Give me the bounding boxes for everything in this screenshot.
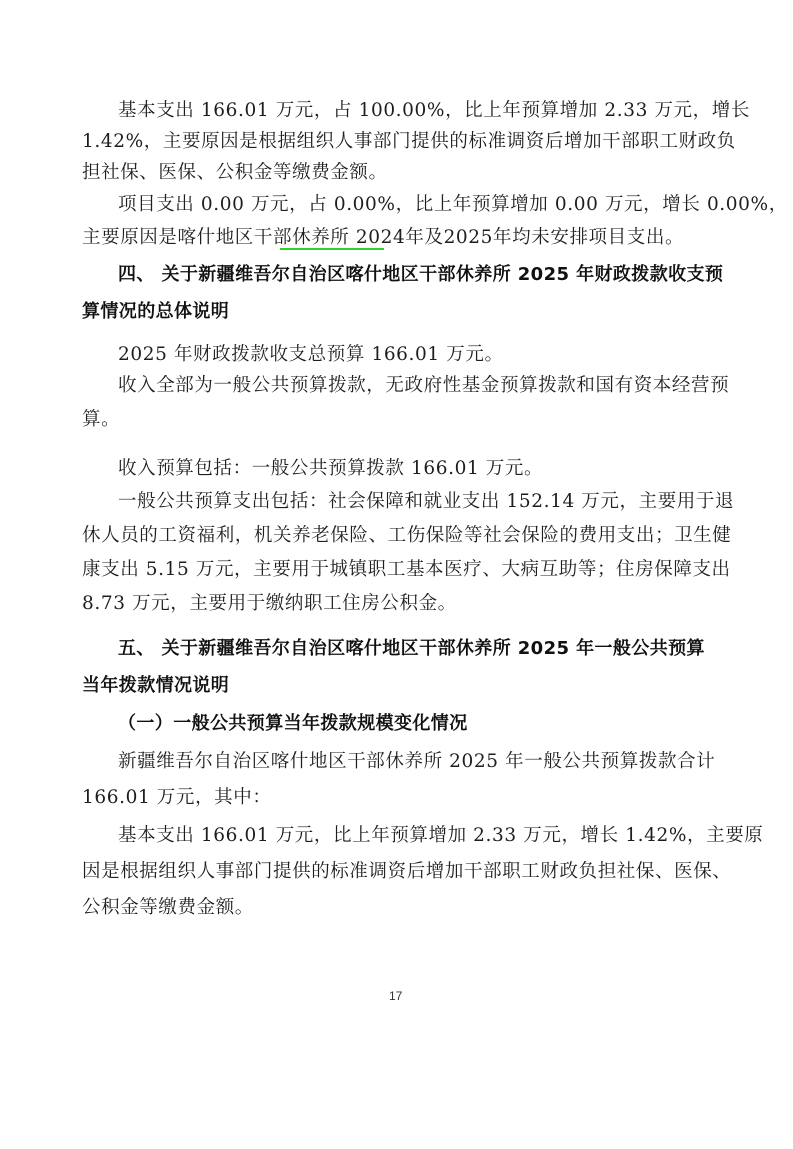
- paragraph-basic-expense-line-3: 担社保、医保、公积金等缴费金额。: [82, 161, 388, 185]
- paragraph-basic-expense-2-line-3: 公积金等缴费金额。: [82, 896, 254, 920]
- paragraph-basic-expense-2-line-1: 基本支出 166.01 万元，比上年预算增加 2.33 万元，增长 1.42%，…: [118, 824, 763, 848]
- paragraph-allocation-total-line-2: 166.01 万元，其中：: [82, 786, 271, 810]
- section-heading-5-line-1: 五、 关于新疆维吾尔自治区喀什地区干部休养所 2025 年一般公共预算: [118, 637, 705, 661]
- page-number: 17: [389, 989, 402, 1003]
- section-heading-4-line-1: 四、 关于新疆维吾尔自治区喀什地区干部休养所 2025 年财政拨款收支预: [118, 263, 723, 287]
- paragraph-basic-expense-2-line-2: 因是根据组织人事部门提供的标准调资后增加干部职工财政负担社保、医保、: [82, 860, 731, 884]
- document-page: 基本支出 166.01 万元，占 100.00%，比上年预算增加 2.33 万元…: [0, 0, 793, 1149]
- subsection-heading-1: （一）一般公共预算当年拨款规模变化情况: [118, 712, 468, 736]
- paragraph-income-line-1: 收入全部为一般公共预算拨款，无政府性基金预算拨款和国有资本经营预: [118, 374, 729, 398]
- paragraph-general-expense-line-1: 一般公共预算支出包括：社会保障和就业支出 152.14 万元，主要用于退: [118, 490, 734, 514]
- paragraph-basic-expense-line-1: 基本支出 166.01 万元，占 100.00%，比上年预算增加 2.33 万元…: [118, 99, 750, 123]
- paragraph-allocation-total-line-1: 新疆维吾尔自治区喀什地区干部休养所 2025 年一般公共预算拨款合计: [118, 750, 715, 774]
- section-heading-4-line-2: 算情况的总体说明: [82, 300, 229, 324]
- section-heading-5-line-2: 当年拨款情况说明: [82, 674, 229, 698]
- paragraph-project-expense-line-2: 主要原因是喀什地区干部休养所 2024年及2025年均未安排项目支出。: [82, 226, 684, 250]
- paragraph-basic-expense-line-2: 1.42%，主要原因是根据组织人事部门提供的标准调资后增加干部职工财政负: [82, 130, 736, 154]
- spellcheck-underline: [280, 248, 384, 250]
- paragraph-general-expense-line-4: 8.73 万元，主要用于缴纳职工住房公积金。: [82, 592, 457, 616]
- paragraph-project-expense-line-1: 项目支出 0.00 万元，占 0.00%，比上年预算增加 0.00 万元，增长 …: [118, 193, 788, 217]
- paragraph-general-expense-line-2: 休人员的工资福利，机关养老保险、工伤保险等社会保险的费用支出；卫生健: [82, 524, 731, 548]
- paragraph-income-line-2: 算。: [82, 408, 120, 432]
- paragraph-total-budget: 2025 年财政拨款收支总预算 166.01 万元。: [118, 343, 504, 367]
- paragraph-general-expense-line-3: 康支出 5.15 万元，主要用于城镇职工基本医疗、大病互助等；住房保障支出: [82, 558, 731, 582]
- paragraph-income-budget: 收入预算包括：一般公共预算拨款 166.01 万元。: [118, 457, 543, 481]
